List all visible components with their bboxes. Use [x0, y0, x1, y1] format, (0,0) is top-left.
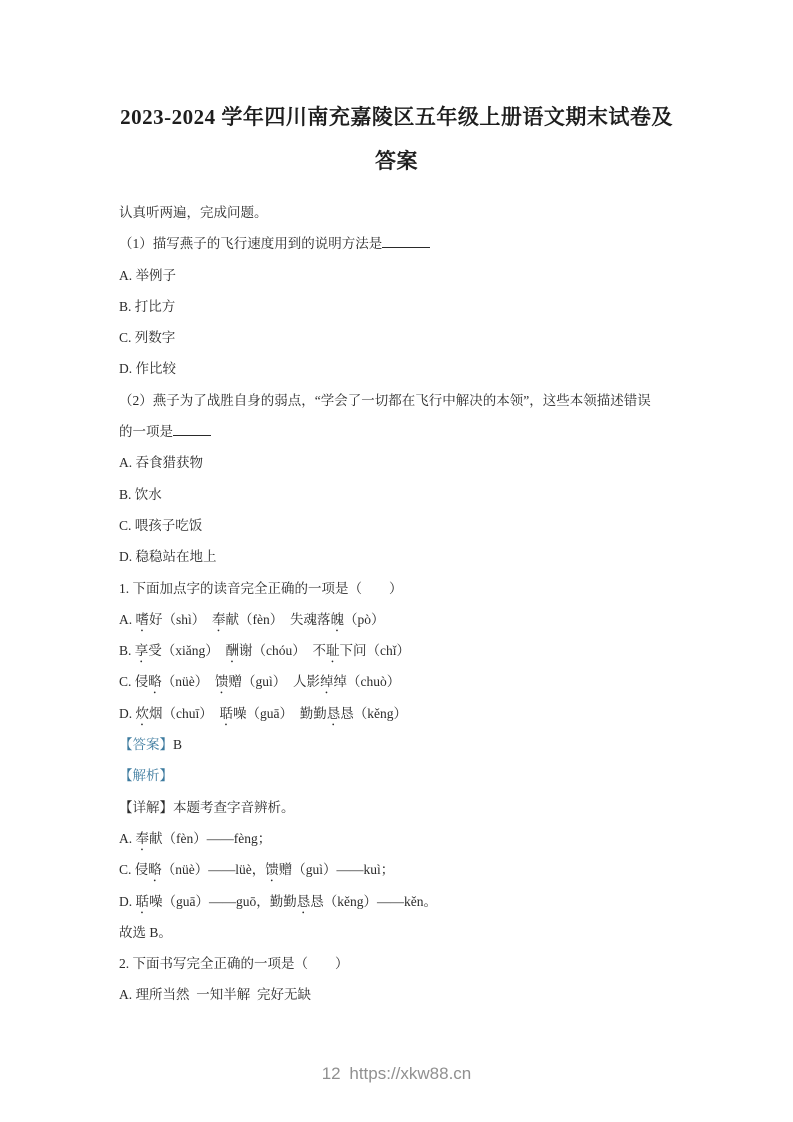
blank-underline: [173, 422, 211, 436]
blank-underline: [382, 234, 430, 248]
title-line-1: 2023-2024 学年四川南充嘉陵区五年级上册语文期末试卷及: [60, 95, 733, 139]
explanation-intro: 【详解】本题考查字音辨析。: [119, 792, 681, 823]
emphasized-char: 炊: [136, 706, 150, 721]
question-sub1-stem: （1）描写燕子的飞行速度用到的说明方法是: [119, 228, 681, 259]
text-segment: 下问（chǐ）: [340, 643, 411, 658]
document-title: 2023-2024 学年四川南充嘉陵区五年级上册语文期末试卷及 答案: [60, 95, 733, 183]
question-sub2-option-a: A. 吞食猎获物: [119, 447, 681, 478]
emphasized-char: 绰: [320, 674, 334, 689]
text-segment: （nüè）——lüè，: [162, 862, 266, 877]
text-segment: 恳（kěng）——kěn。: [310, 894, 437, 909]
watermark-url: https://xkw88.cn: [347, 1064, 473, 1083]
text-segment: A. 理所当然 一知半解 完好无缺: [119, 987, 311, 1002]
text-segment: 绰（chuò）: [334, 674, 401, 689]
question-2-stem: 2. 下面书写完全正确的一项是（ ）: [119, 948, 681, 979]
text-segment: A. 举例子: [119, 268, 176, 283]
question-1-option-c: C. 侵略（nüè） 馈赠（guì） 人影绰绰（chuò）: [119, 666, 681, 697]
emphasized-char: 恳: [297, 894, 311, 909]
emphasized-char: 聒: [136, 894, 150, 909]
text-segment: 认真听两遍，完成问题。: [119, 205, 268, 220]
text-segment: 献（fèn）——fèng；: [149, 831, 271, 846]
text-segment: C. 侵: [119, 674, 148, 689]
text-segment: 故选 B。: [119, 925, 172, 940]
text-segment: 受（xiǎng）: [148, 643, 225, 658]
emphasized-char: 恳: [327, 706, 341, 721]
text-segment: D. 作比较: [119, 361, 176, 376]
explanation-c: C. 侵略（nüè）——lüè，馈赠（guì）——kuì；: [119, 854, 681, 885]
question-sub2-option-c: C. 喂孩子吃饭: [119, 510, 681, 541]
document-body: 认真听两遍，完成问题。（1）描写燕子的飞行速度用到的说明方法是A. 举例子B. …: [119, 197, 681, 1011]
section-marker: 【答案】: [119, 737, 173, 752]
question-sub2-stem-line2: 的一项是: [119, 416, 681, 447]
text-segment: 【详解】本题考查字音辨析。: [119, 800, 295, 815]
text-segment: （2）燕子为了战胜自身的弱点，“学会了一切都在飞行中解决的本领”，这些本领描述错…: [119, 393, 651, 408]
text-segment: （1）描写燕子的飞行速度用到的说明方法是: [119, 236, 382, 251]
answer-line: 【答案】B: [119, 729, 681, 760]
question-sub1-option-b: B. 打比方: [119, 291, 681, 322]
text-segment: B. 打比方: [119, 299, 175, 314]
emphasized-char: 馈: [265, 862, 279, 877]
question-2-option-a: A. 理所当然 一知半解 完好无缺: [119, 979, 681, 1010]
emphasized-char: 酬: [226, 643, 240, 658]
text-segment: 的一项是: [119, 424, 173, 439]
text-segment: 噪（guā）——guō，勤勤: [149, 894, 297, 909]
text-segment: 赠（guì）——kuì；: [279, 862, 395, 877]
emphasized-char: 耻: [326, 643, 340, 658]
text-segment: 1. 下面加点字的读音完全正确的一项是（ ）: [119, 581, 403, 596]
emphasized-char: 魄: [331, 612, 345, 627]
analysis-marker-line: 【解析】: [119, 760, 681, 791]
emphasized-char: 聒: [220, 706, 234, 721]
text-segment: D.: [119, 894, 136, 909]
explanation-d: D. 聒噪（guā）——guō，勤勤恳恳（kěng）——kěn。: [119, 886, 681, 917]
question-sub2-option-d: D. 稳稳站在地上: [119, 541, 681, 572]
text-segment: 谢（chóu） 不: [239, 643, 326, 658]
question-1-option-d: D. 炊烟（chuī） 聒噪（guā） 勤勤恳恳（kěng）: [119, 698, 681, 729]
text-segment: B.: [119, 643, 135, 658]
text-segment: B. 饮水: [119, 487, 162, 502]
text-segment: （pò）: [344, 612, 385, 627]
emphasized-char: 享: [135, 643, 149, 658]
text-segment: 好（shì）: [149, 612, 212, 627]
question-sub2-stem-line1: （2）燕子为了战胜自身的弱点，“学会了一切都在飞行中解决的本领”，这些本领描述错…: [119, 385, 681, 416]
text-segment: C. 列数字: [119, 330, 175, 345]
page-footer: 12 https://xkw88.cn: [0, 1064, 793, 1084]
document-page: 2023-2024 学年四川南充嘉陵区五年级上册语文期末试卷及 答案 认真听两遍…: [0, 0, 793, 1122]
title-line-2: 答案: [60, 139, 733, 183]
text-segment: 赠（guì） 人影: [229, 674, 321, 689]
section-marker: 【解析】: [119, 768, 173, 783]
emphasized-char: 略: [148, 674, 162, 689]
text-segment: 2. 下面书写完全正确的一项是（ ）: [119, 956, 349, 971]
text-segment: A. 吞食猎获物: [119, 455, 203, 470]
text-segment: A.: [119, 831, 136, 846]
text-segment: （nüè）: [162, 674, 215, 689]
listening-instruction: 认真听两遍，完成问题。: [119, 197, 681, 228]
page-number: 12: [320, 1064, 343, 1083]
explanation-a: A. 奉献（fèn）——fèng；: [119, 823, 681, 854]
text-segment: A.: [119, 612, 136, 627]
text-segment: 噪（guā） 勤勤: [233, 706, 327, 721]
text-segment: 烟（chuī）: [149, 706, 220, 721]
question-sub2-option-b: B. 饮水: [119, 479, 681, 510]
question-1-option-a: A. 嗜好（shì） 奉献（fèn） 失魂落魄（pò）: [119, 604, 681, 635]
question-sub1-option-d: D. 作比较: [119, 353, 681, 384]
emphasized-char: 奉: [212, 612, 226, 627]
text-segment: 献（fèn） 失魂落: [226, 612, 331, 627]
text-segment: C. 喂孩子吃饭: [119, 518, 202, 533]
text-segment: C. 侵: [119, 862, 148, 877]
question-sub1-option-a: A. 举例子: [119, 260, 681, 291]
emphasized-char: 奉: [136, 831, 150, 846]
question-1-stem: 1. 下面加点字的读音完全正确的一项是（ ）: [119, 573, 681, 604]
question-sub1-option-c: C. 列数字: [119, 322, 681, 353]
text-segment: D.: [119, 706, 136, 721]
emphasized-char: 嗜: [136, 612, 150, 627]
emphasized-char: 馈: [215, 674, 229, 689]
text-segment: 恳（kěng）: [340, 706, 407, 721]
text-segment: D. 稳稳站在地上: [119, 549, 217, 564]
emphasized-char: 略: [148, 862, 162, 877]
conclusion-line: 故选 B。: [119, 917, 681, 948]
question-1-option-b: B. 享受（xiǎng） 酬谢（chóu） 不耻下问（chǐ）: [119, 635, 681, 666]
text-segment: B: [173, 737, 182, 752]
